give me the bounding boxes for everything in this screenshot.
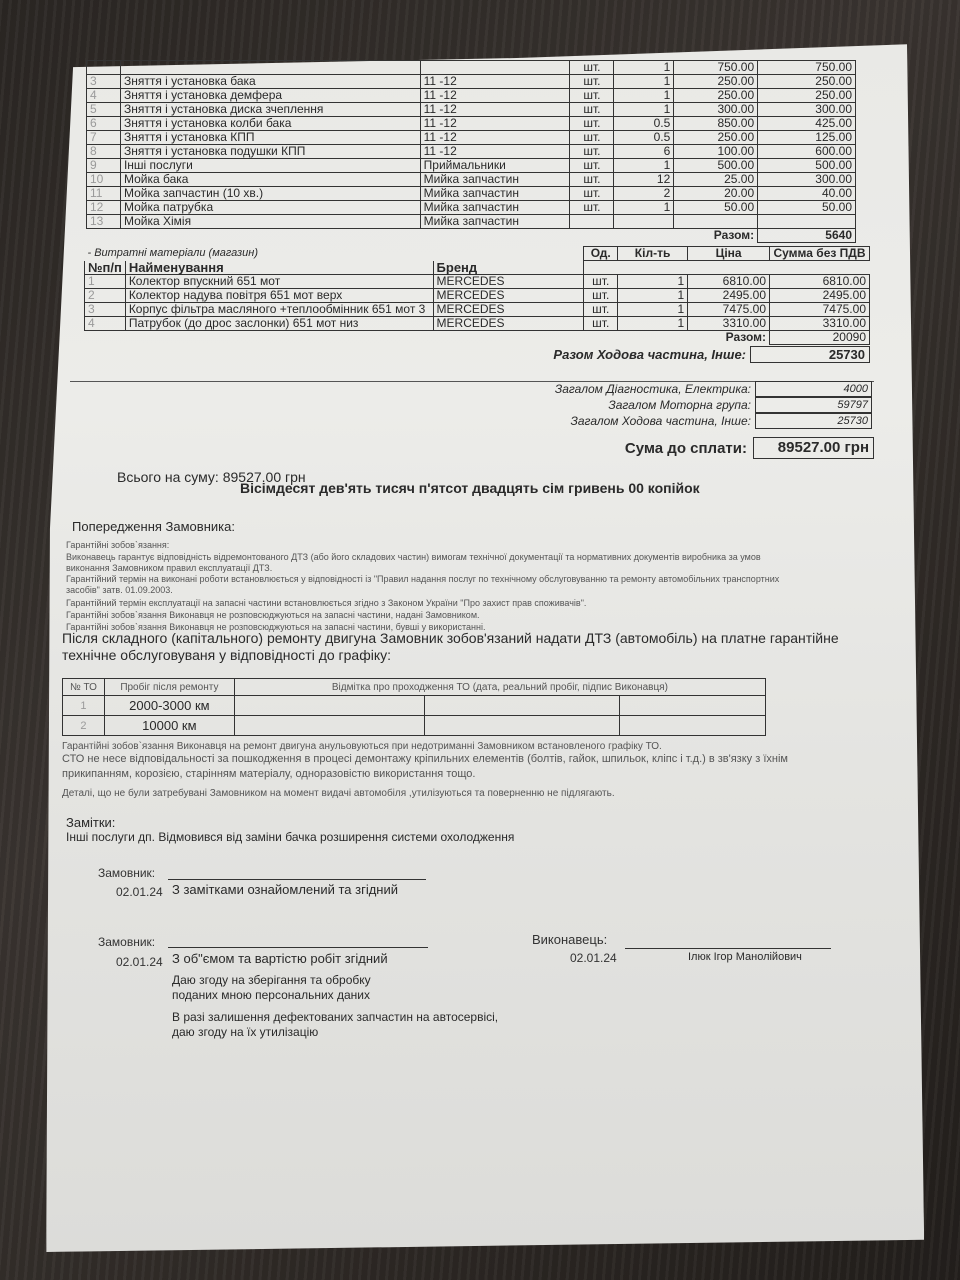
service-name: [120, 61, 420, 75]
service-name: Мойка патрубка: [120, 201, 420, 215]
service-unit: шт.: [570, 145, 614, 159]
materials-section-label: - Витратні матеріали (магазин): [85, 247, 584, 261]
service-group: 11 -12: [420, 89, 570, 103]
warning-line: Гарантійні зобов`язання:: [66, 540, 866, 551]
header-no: №п/п: [85, 261, 126, 275]
material-unit: шт.: [584, 303, 618, 317]
material-no: 1: [85, 275, 126, 289]
schedule-row: 1 2000-3000 км: [63, 696, 766, 716]
service-unit: шт.: [570, 159, 614, 173]
service-sum: 750.00: [758, 61, 856, 75]
service-group: Мийка запчастин: [420, 187, 570, 201]
service-price: 750.00: [674, 61, 758, 75]
header-sum: Сумма без ПДВ: [770, 247, 870, 261]
header-price: Ціна: [688, 247, 770, 261]
service-row: 9Інші послугиПриймальникишт.1500.00500.0…: [87, 159, 856, 173]
service-price: 500.00: [674, 159, 758, 173]
warnings-title: Попередження Замовника:: [72, 519, 235, 534]
service-price: [674, 215, 758, 229]
service-unit: шт.: [570, 131, 614, 145]
consent-personal-data: Даю згоду на зберігання та обробку подан…: [172, 973, 371, 1003]
summary-value: 4000: [755, 381, 872, 397]
service-group: Мийка запчастин: [420, 173, 570, 187]
material-name: Колектор впускний 651 мот: [125, 275, 433, 289]
service-qty: 1: [614, 89, 674, 103]
service-qty: 1: [614, 75, 674, 89]
service-row: шт.1750.00750.00: [87, 61, 856, 75]
remarks-title: Замітки:: [66, 815, 115, 830]
material-no: 3: [85, 303, 126, 317]
service-row: 13Мойка ХіміяМийка запчастин: [87, 215, 856, 229]
service-price: 100.00: [674, 145, 758, 159]
materials-subtotal-value: 20090: [770, 331, 870, 345]
consent-disposal: В разі залишення дефектованих запчастин …: [172, 1010, 498, 1040]
service-price: 250.00: [674, 75, 758, 89]
warning-line: Гарантійні зобов`язання Виконавця не роз…: [66, 610, 866, 621]
service-name: Зняття і установка демфера: [120, 89, 420, 103]
service-name: Зняття і установка диска зчеплення: [120, 103, 420, 117]
contractor-signature-line: [625, 948, 831, 949]
material-unit: шт.: [584, 289, 618, 303]
customer2-label: Замовник:: [98, 935, 155, 949]
materials-table: - Витратні матеріали (магазин) Од. Кіл-т…: [84, 246, 870, 345]
service-name: Інші послуги: [120, 159, 420, 173]
material-price: 2495.00: [688, 289, 770, 303]
service-row: 7Зняття і установка КПП11 -12шт.0.5250.0…: [87, 131, 856, 145]
note-line: СТО не несе відповідальності за пошкодже…: [62, 752, 842, 782]
header-unit: Од.: [584, 247, 618, 261]
service-unit: шт.: [570, 187, 614, 201]
service-name: Мойка Хімія: [120, 215, 420, 229]
service-no: 7: [87, 131, 121, 145]
customer1-label: Замовник:: [98, 866, 155, 880]
service-qty: 2: [614, 187, 674, 201]
material-sum: 7475.00: [770, 303, 870, 317]
material-row: 1Колектор впускний 651 мотMERCEDESшт.168…: [85, 275, 870, 289]
section-total-value: 25730: [750, 346, 870, 363]
service-unit: шт.: [570, 89, 614, 103]
summary-label: Загалом Ходова частина, Інше:: [571, 414, 752, 428]
service-sum: 250.00: [758, 75, 856, 89]
to-mark-cell: [424, 696, 620, 716]
material-sum: 2495.00: [770, 289, 870, 303]
header-mark: Відмітка про проходження ТО (дата, реаль…: [234, 679, 765, 696]
customer1-date: 02.01.24: [116, 885, 163, 899]
service-name: Зняття і установка подушки КПП: [120, 145, 420, 159]
material-qty: 1: [618, 275, 688, 289]
material-qty: 1: [618, 303, 688, 317]
header-mileage: Пробіг після ремонту: [104, 679, 234, 696]
to-mileage: 10000 км: [104, 716, 234, 736]
summary-value: 59797: [755, 397, 872, 413]
service-no: 10: [87, 173, 121, 187]
material-unit: шт.: [584, 317, 618, 331]
service-group: 11 -12: [420, 131, 570, 145]
service-price: 25.00: [674, 173, 758, 187]
service-no: 13: [87, 215, 121, 229]
header-name: Найменування: [125, 261, 433, 275]
material-price: 3310.00: [688, 317, 770, 331]
service-row: 11Мойка запчастин (10 хв.)Мийка запчасти…: [87, 187, 856, 201]
material-brand: MERCEDES: [433, 289, 584, 303]
service-sum: 300.00: [758, 173, 856, 187]
service-unit: [570, 215, 614, 229]
warning-line: засобів" затв. 01.09.2003.: [66, 585, 866, 596]
service-qty: 6: [614, 145, 674, 159]
service-no: 11: [87, 187, 121, 201]
materials-subtotal-label: Разом:: [688, 331, 770, 345]
services-table: шт.1750.00750.003Зняття і установка бака…: [86, 60, 856, 243]
service-name: Мойка бака: [120, 173, 420, 187]
customer1-signature-line: [168, 879, 426, 880]
service-group: Приймальники: [420, 159, 570, 173]
service-group: Мийка запчастин: [420, 201, 570, 215]
service-unit: шт.: [570, 75, 614, 89]
consent-line: Даю згоду на зберігання та обробку: [172, 973, 371, 988]
service-price: 20.00: [674, 187, 758, 201]
to-no: 1: [63, 696, 105, 716]
service-name: Зняття і установка колби бака: [120, 117, 420, 131]
service-row: 12Мойка патрубкаМийка запчастиншт.150.00…: [87, 201, 856, 215]
summary-block: Загалом Діагностика, Електрика: 4000 Заг…: [520, 381, 872, 429]
material-row: 2Колектор надува повітря 651 мот верхMER…: [85, 289, 870, 303]
section-total: Разом Ходова частина, Інше: 25730: [500, 346, 870, 363]
service-unit: шт.: [570, 61, 614, 75]
service-row: 8Зняття і установка подушки КПП11 -12шт.…: [87, 145, 856, 159]
warning-line: Гарантійний термін на виконані роботи вс…: [66, 574, 866, 585]
service-qty: 12: [614, 173, 674, 187]
header-to-no: № ТО: [63, 679, 105, 696]
schedule-row: 2 10000 км: [63, 716, 766, 736]
material-row: 4Патрубок (до дрос заслонки) 651 мот низ…: [85, 317, 870, 331]
service-group: Мийка запчастин: [420, 215, 570, 229]
contractor-name: Ілюк Ігор Манолійович: [688, 951, 802, 963]
material-brand: MERCEDES: [433, 317, 584, 331]
material-row: 3Корпус фільтра масляного +теплообмінник…: [85, 303, 870, 317]
total-sum-label: Всього на суму:: [117, 469, 219, 485]
remarks-text: Інші послуги дп. Відмовився від заміни б…: [66, 830, 514, 844]
customer2-text: З об"ємом та вартістю робіт згідний: [172, 951, 388, 966]
consent-line: поданих мною персональних даних: [172, 988, 371, 1003]
header-brand: Бренд: [433, 261, 584, 275]
to-mark-cell: [620, 716, 766, 736]
service-sum: 300.00: [758, 103, 856, 117]
service-no: 3: [87, 75, 121, 89]
service-group: 11 -12: [420, 75, 570, 89]
service-unit: шт.: [570, 117, 614, 131]
service-no: 5: [87, 103, 121, 117]
service-sum: 600.00: [758, 145, 856, 159]
material-price: 6810.00: [688, 275, 770, 289]
material-sum: 6810.00: [770, 275, 870, 289]
material-no: 2: [85, 289, 126, 303]
material-name: Патрубок (до дрос заслонки) 651 мот низ: [125, 317, 433, 331]
to-mark-cell: [234, 716, 424, 736]
service-price: 300.00: [674, 103, 758, 117]
service-name: Зняття і установка КПП: [120, 131, 420, 145]
consent-line: В разі залишення дефектованих запчастин …: [172, 1010, 498, 1025]
section-total-label: Разом Ходова частина, Інше:: [553, 347, 746, 362]
service-row: 3Зняття і установка бака11 -12шт.1250.00…: [87, 75, 856, 89]
summary-label: Загалом Діагностика, Електрика:: [555, 382, 751, 396]
service-no: 8: [87, 145, 121, 159]
customer2-signature-line: [168, 947, 428, 948]
service-sum: 125.00: [758, 131, 856, 145]
service-sum: 425.00: [758, 117, 856, 131]
services-subtotal-row: Разом: 5640: [87, 229, 856, 243]
summary-value: 25730: [755, 413, 872, 429]
service-no: 6: [87, 117, 121, 131]
amount-due-value: 89527.00 грн: [753, 437, 874, 459]
services-subtotal-label: Разом:: [674, 229, 758, 243]
service-qty: 1: [614, 201, 674, 215]
service-sum: [758, 215, 856, 229]
note-line: Деталі, що не були затребувані Замовнико…: [62, 787, 862, 801]
service-price: 250.00: [674, 131, 758, 145]
material-price: 7475.00: [688, 303, 770, 317]
service-row: 4Зняття і установка демфера11 -12шт.1250…: [87, 89, 856, 103]
summary-row-diagnostics: Загалом Діагностика, Електрика: 4000: [520, 381, 872, 397]
material-brand: MERCEDES: [433, 303, 584, 317]
service-qty: 1: [614, 103, 674, 117]
material-brand: MERCEDES: [433, 275, 584, 289]
material-name: Корпус фільтра масляного +теплообмінник …: [125, 303, 433, 317]
summary-row-engine: Загалом Моторна група: 59797: [520, 397, 872, 413]
header-qty: Кіл-ть: [618, 247, 688, 261]
service-group: 11 -12: [420, 145, 570, 159]
to-mileage: 2000-3000 км: [104, 696, 234, 716]
service-sum: 40.00: [758, 187, 856, 201]
material-qty: 1: [618, 317, 688, 331]
service-row: 10Мойка бакаМийка запчастиншт.1225.00300…: [87, 173, 856, 187]
services-subtotal-value: 5640: [758, 229, 856, 243]
maintenance-schedule-table: № ТО Пробіг після ремонту Відмітка про п…: [62, 678, 766, 736]
warning-line: Виконавець гарантує відповідність відрем…: [66, 552, 866, 563]
amount-due: Сума до сплати: 89527.00 грн: [560, 437, 874, 459]
amount-due-label: Сума до сплати:: [625, 440, 747, 457]
service-no: 9: [87, 159, 121, 173]
material-qty: 1: [618, 289, 688, 303]
service-no: 12: [87, 201, 121, 215]
summary-label: Загалом Моторна група:: [608, 398, 751, 412]
service-price: 250.00: [674, 89, 758, 103]
service-row: 6Зняття і установка колби бака11 -12шт.0…: [87, 117, 856, 131]
service-qty: [614, 215, 674, 229]
total-sum-words: Вісімдесят дев'ять тисяч п'ятсот двадцят…: [240, 480, 700, 496]
consent-line: даю згоду на їх утилізацію: [172, 1025, 498, 1040]
service-sum: 250.00: [758, 89, 856, 103]
service-sum: 50.00: [758, 201, 856, 215]
customer2-date: 02.01.24: [116, 955, 163, 969]
service-group: [420, 61, 570, 75]
to-mark-cell: [424, 716, 620, 736]
warning-line: виконання Замовником правил експлуатації…: [66, 563, 866, 574]
summary-row-chassis: Загалом Ходова частина, Інше: 25730: [520, 413, 872, 429]
materials-subtotal-row: Разом: 20090: [85, 331, 870, 345]
service-sum: 500.00: [758, 159, 856, 173]
service-row: 5Зняття і установка диска зчеплення11 -1…: [87, 103, 856, 117]
service-qty: 1: [614, 61, 674, 75]
service-unit: шт.: [570, 173, 614, 187]
customer1-text: З замітками ознайомлений та згідний: [172, 882, 398, 897]
warning-line: Гарантійний термін експлуатації на запас…: [66, 598, 866, 609]
after-repair-notice: Після складного (капітального) ремонту д…: [62, 630, 862, 664]
invoice-document: шт.1750.00750.003Зняття і установка бака…: [0, 0, 960, 1280]
to-mark-cell: [620, 696, 766, 716]
material-name: Колектор надува повітря 651 мот верх: [125, 289, 433, 303]
service-price: 850.00: [674, 117, 758, 131]
service-unit: шт.: [570, 201, 614, 215]
material-no: 4: [85, 317, 126, 331]
service-no: 4: [87, 89, 121, 103]
service-qty: 1: [614, 159, 674, 173]
contractor-date: 02.01.24: [570, 951, 617, 965]
service-group: 11 -12: [420, 117, 570, 131]
service-group: 11 -12: [420, 103, 570, 117]
material-sum: 3310.00: [770, 317, 870, 331]
service-name: Зняття і установка бака: [120, 75, 420, 89]
service-price: 50.00: [674, 201, 758, 215]
service-qty: 0.5: [614, 131, 674, 145]
service-name: Мойка запчастин (10 хв.): [120, 187, 420, 201]
material-unit: шт.: [584, 275, 618, 289]
service-no: [87, 61, 121, 75]
to-mark-cell: [234, 696, 424, 716]
service-qty: 0.5: [614, 117, 674, 131]
contractor-label: Виконавець:: [532, 932, 607, 947]
to-no: 2: [63, 716, 105, 736]
service-unit: шт.: [570, 103, 614, 117]
